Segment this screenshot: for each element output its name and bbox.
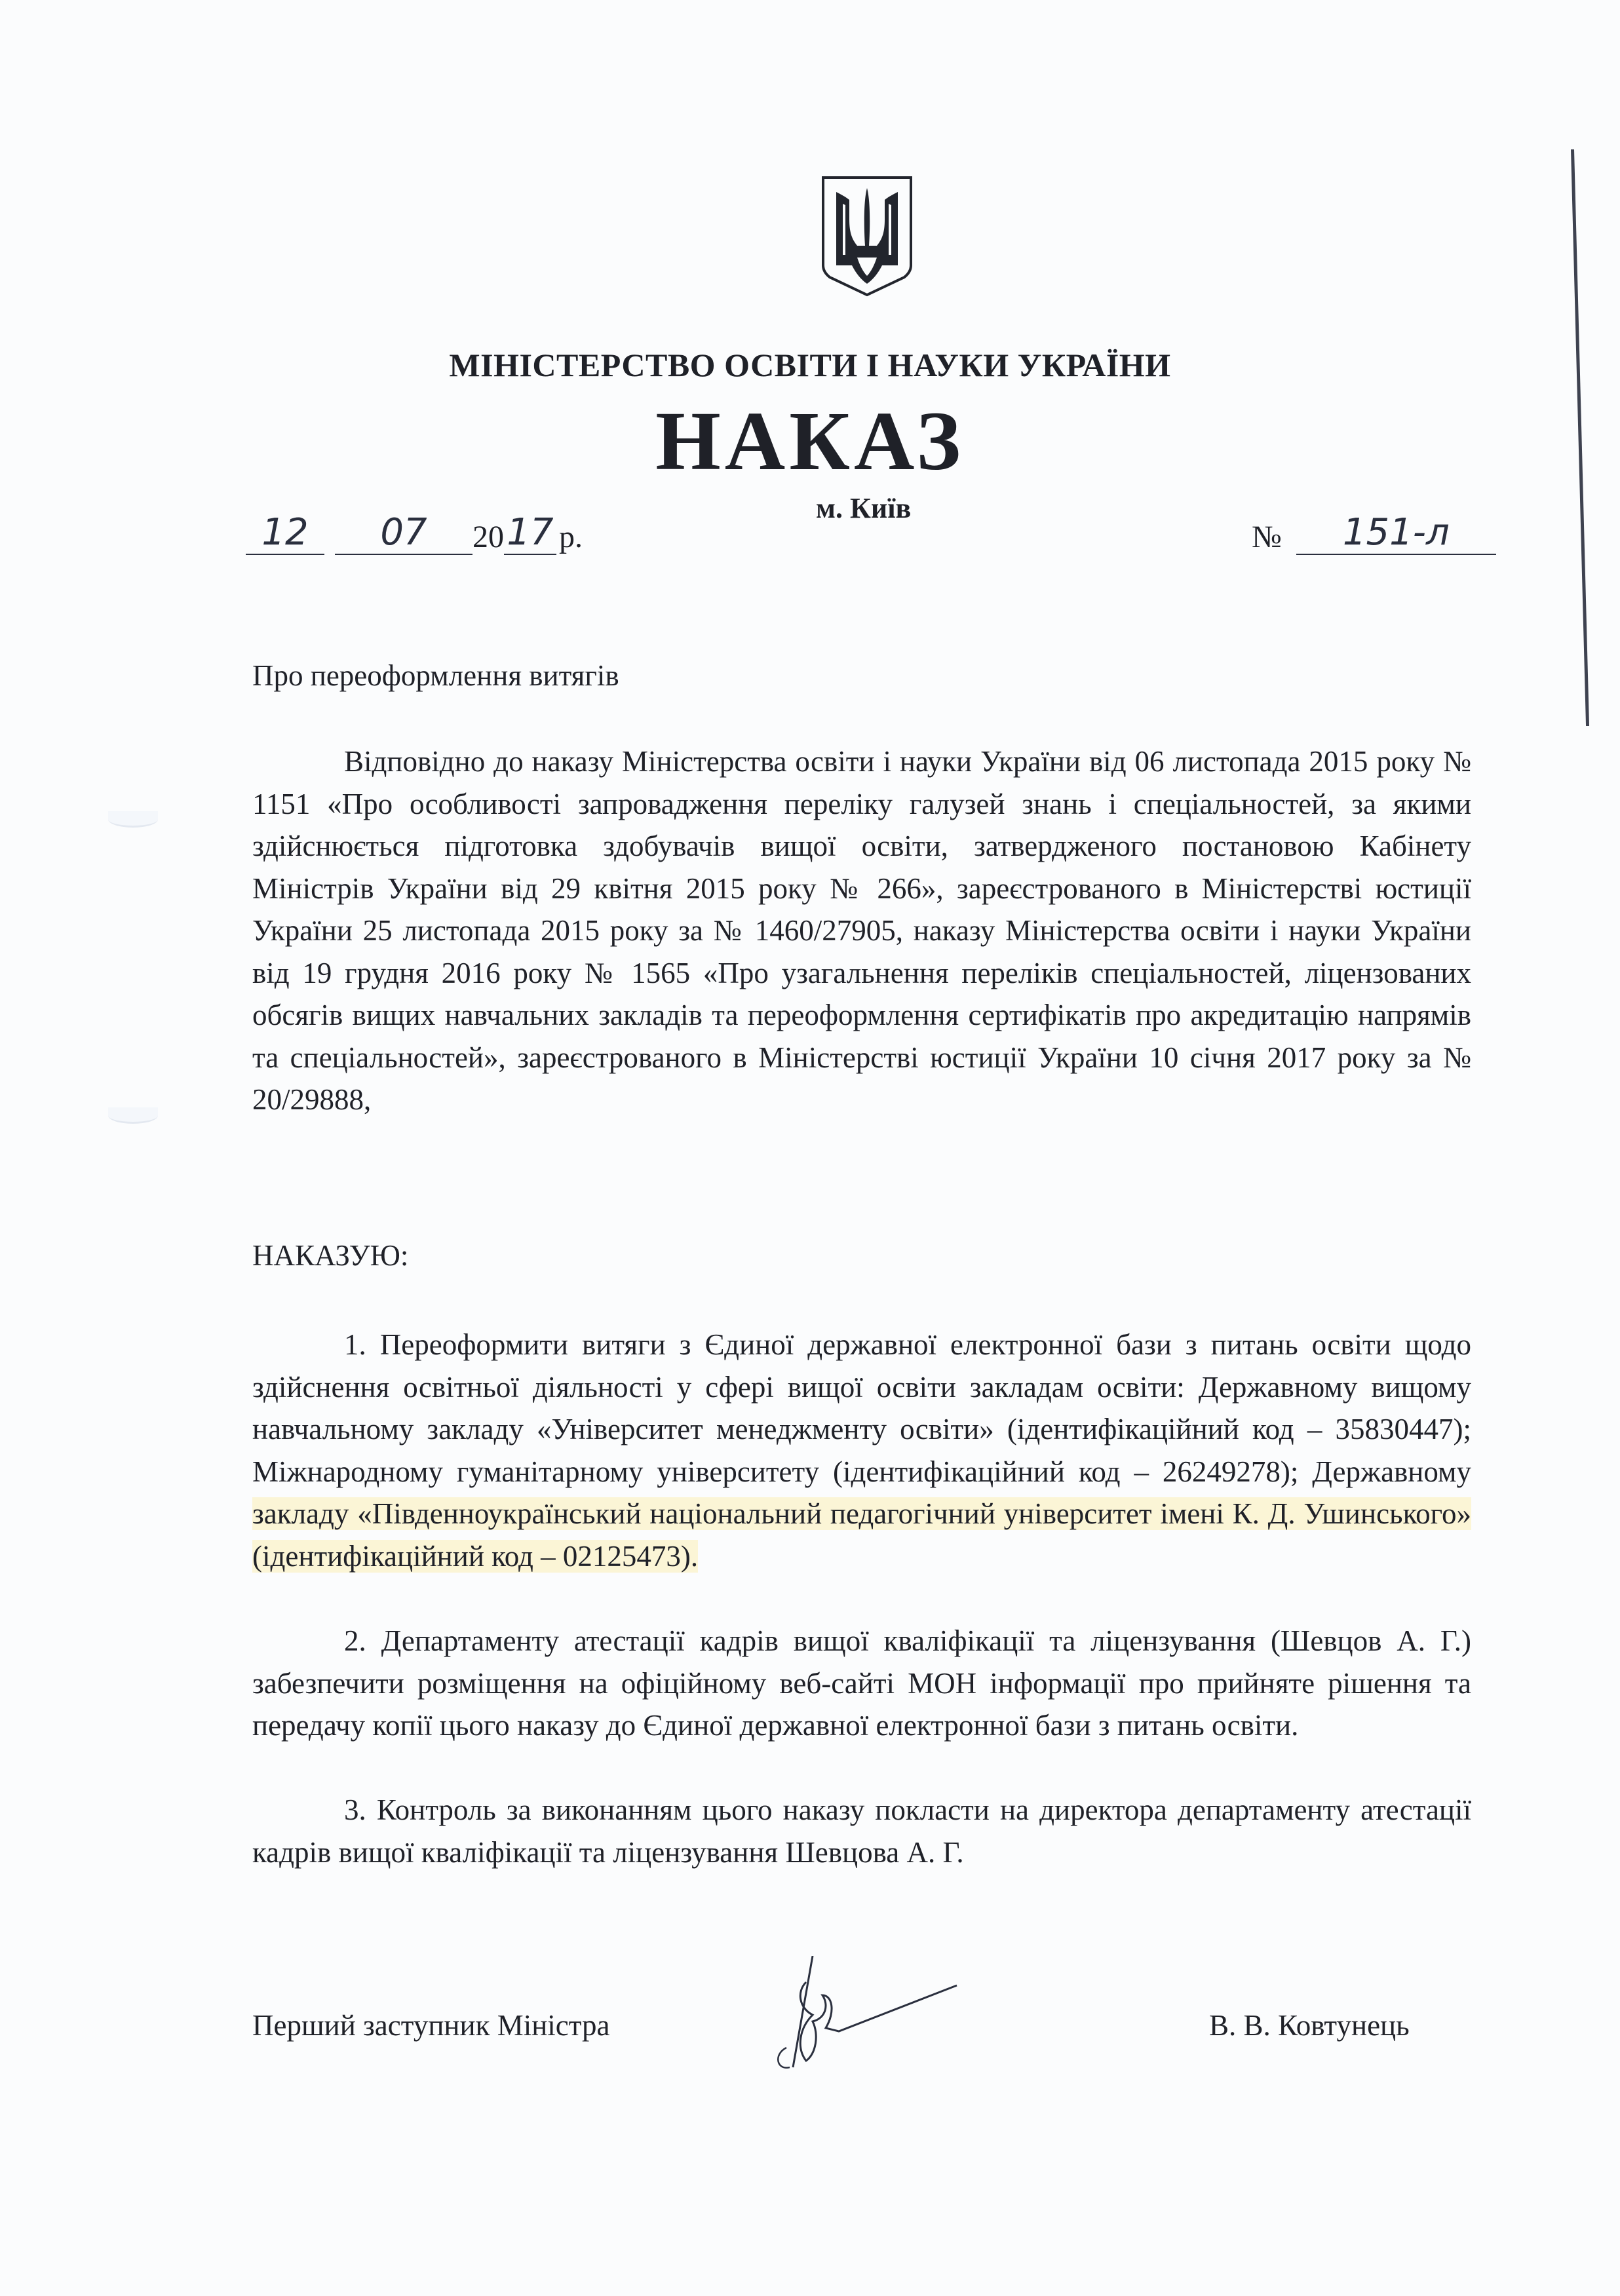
date-year-prefix: 20: [473, 519, 504, 555]
signatory-name: В. В. Ковтунець: [1209, 2008, 1410, 2042]
item-1-text: 1. Переоформити витяги з Єдиної державно…: [252, 1328, 1471, 1488]
number-label: №: [1252, 519, 1282, 555]
city: м. Київ: [816, 491, 911, 525]
punch-hole-mark: [108, 811, 158, 828]
date-day: 12: [246, 511, 324, 555]
document-title: НАКАЗ: [0, 393, 1620, 489]
coat-of-arms-icon: [819, 174, 915, 298]
date-month: 07: [335, 511, 473, 555]
signatory-position: Перший заступник Міністра: [252, 2008, 609, 2042]
preamble: Відповідно до наказу Міністерства освіти…: [252, 740, 1471, 1121]
signature-icon: [747, 1956, 1049, 2074]
date-year-suffix: 17: [504, 511, 556, 555]
order-date: 12 07 20 17 р.: [246, 511, 583, 555]
preamble-text: Відповідно до наказу Міністерства освіти…: [252, 745, 1471, 1116]
highlighted-text: закладу «Південноукраїнський національни…: [252, 1497, 1471, 1573]
ministry-name: МІНІСТЕРСТВО ОСВІТИ І НАУКИ УКРАЇНИ: [0, 346, 1620, 384]
decree-word: НАКАЗУЮ:: [252, 1238, 408, 1272]
item-2-text: 2. Департаменту атестації кадрів вищої к…: [252, 1624, 1471, 1742]
order-number: № 151-л: [1252, 511, 1496, 555]
order-subject: Про переоформлення витягів: [252, 659, 619, 693]
item-2: 2. Департаменту атестації кадрів вищої к…: [252, 1620, 1471, 1747]
item-3-text: 3. Контроль за виконанням цього наказу п…: [252, 1793, 1471, 1869]
item-3: 3. Контроль за виконанням цього наказу п…: [252, 1789, 1471, 1873]
punch-hole-mark: [108, 1107, 158, 1124]
document-page: МІНІСТЕРСТВО ОСВІТИ І НАУКИ УКРАЇНИ НАКА…: [0, 0, 1620, 2296]
number-value: 151-л: [1296, 511, 1496, 555]
date-suffix: р.: [559, 519, 583, 555]
item-1: 1. Переоформити витяги з Єдиної державно…: [252, 1324, 1471, 1577]
